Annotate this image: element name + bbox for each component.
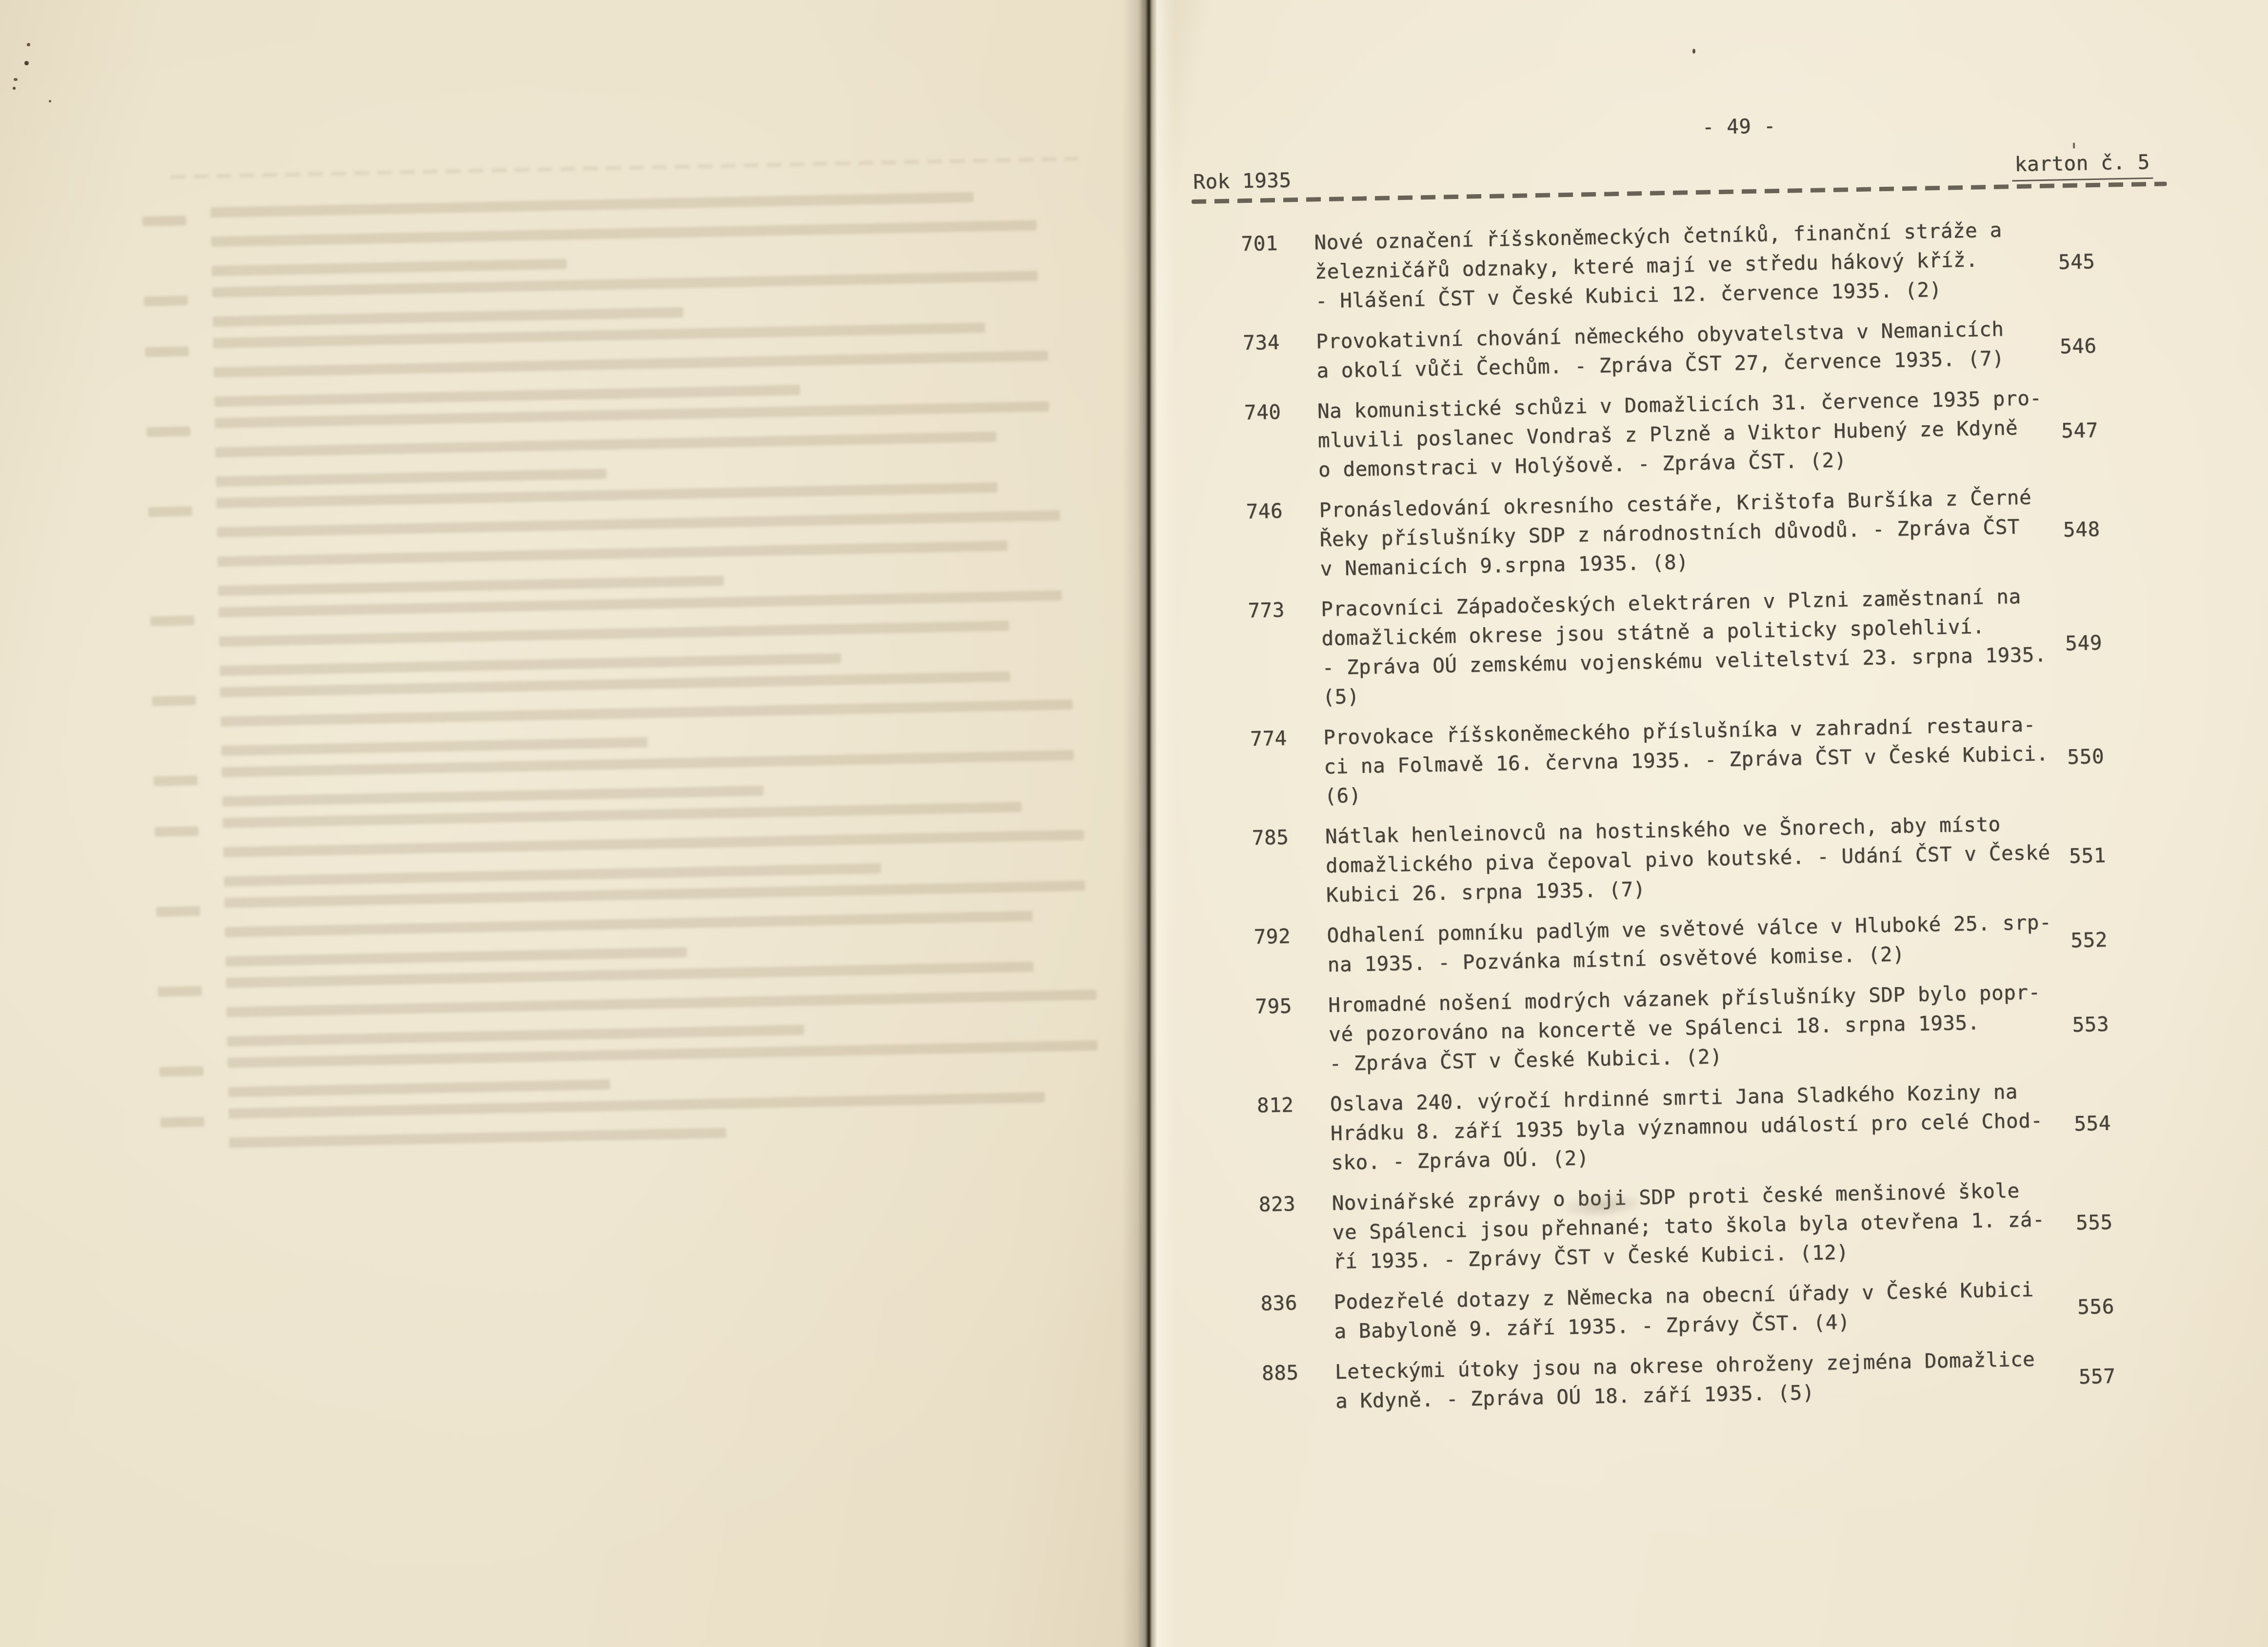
entry-carton-page-ref: 554: [2074, 1107, 2185, 1138]
entry-description: Podezřelé dotazy z Německa na obecní úřa…: [1333, 1274, 2066, 1346]
bleed-through-number: [156, 906, 200, 917]
entry-carton-page-ref: 549: [2065, 627, 2176, 658]
bleed-through-line: [227, 1040, 1097, 1068]
entry-list: 701 Nové označení říšskoněmeckých četník…: [1192, 212, 2189, 1418]
inventory-entry: 746 Pronásledování okresního cestáře, Kr…: [1197, 480, 2174, 586]
entry-description: Nátlak henleinovců na hostinského ve Šno…: [1325, 809, 2058, 910]
paper-speck: [13, 87, 16, 90]
bleed-through-text-block: [148, 480, 1106, 597]
entry-carton-page-ref: 551: [2069, 839, 2180, 871]
left-page: [0, 0, 1141, 1647]
bleed-through-line: [219, 620, 1009, 647]
bleed-through-line: [224, 880, 1085, 908]
entry-number: 740: [1244, 397, 1318, 486]
inventory-entry: 740 Na komunistické schůzi v Domažlicích…: [1195, 381, 2172, 487]
inventory-entry: 774 Provokace říšskoněmeckého příslušník…: [1201, 707, 2178, 813]
bleed-through-line: [227, 1025, 804, 1047]
bleed-through-line: [218, 575, 724, 596]
inventory-entry: 773 Pracovníci Západočeských elektráren …: [1199, 579, 2176, 714]
bleed-through-line: [219, 590, 1062, 617]
bleed-through-line: [212, 271, 1038, 298]
bleed-through-line: [213, 322, 985, 348]
inventory-entry: 795 Hromadné nošení modrých vázanek přís…: [1206, 975, 2183, 1081]
entry-carton-page-ref: 557: [2078, 1360, 2189, 1391]
entry-number: 785: [1252, 822, 1326, 911]
bleed-through-text-block: [160, 1091, 1116, 1149]
entry-carton-page-ref: 553: [2072, 1008, 2183, 1039]
bleed-through-line: [226, 962, 1034, 988]
bleed-through-line: [216, 482, 997, 508]
bleed-through-line: [226, 990, 1096, 1017]
entry-description: Pracovníci Západočeských elektráren v Pl…: [1321, 581, 2054, 712]
paper-speck: [1692, 49, 1695, 54]
inventory-entry: 792 Odhalení pomníku padlým ve světové v…: [1205, 905, 2181, 982]
bleed-through-number: [148, 506, 192, 517]
bleed-through-line: [211, 220, 1037, 247]
page-number: - 49 -: [1251, 103, 2227, 150]
entry-number: 812: [1256, 1090, 1331, 1179]
bleed-through-line: [228, 1079, 610, 1097]
entry-description: Odhalení pomníku padlým ve světové válce…: [1327, 908, 2059, 979]
bleed-through-number: [144, 296, 188, 306]
bleed-through-number: [158, 986, 201, 997]
bleed-through-text-block: [153, 749, 1110, 808]
bleed-through-line: [229, 1128, 726, 1148]
entry-carton-page-ref: 546: [2060, 330, 2170, 361]
entry-number: 823: [1258, 1189, 1333, 1278]
bleed-through-line: [221, 750, 1074, 777]
inventory-entry: 734 Provokativní chování německého obyva…: [1194, 311, 2170, 388]
entry-carton-page-ref: 548: [2063, 513, 2174, 544]
entry-description: Oslava 240. výročí hrdinné smrti Jana Sl…: [1330, 1076, 2063, 1177]
entry-number: 701: [1241, 228, 1315, 317]
entry-carton-page-ref: 547: [2061, 414, 2172, 445]
bleed-through-content: [141, 157, 1117, 1161]
bleed-through-number: [160, 1117, 204, 1128]
book-gutter: [1122, 0, 1175, 1647]
page-content: - 49 - Rok 1935 karton č. 5 701 Nové ozn…: [1190, 104, 2189, 1429]
entry-number: 773: [1248, 595, 1323, 713]
entry-description: Provokace říšskoněmeckého příslušníka v …: [1323, 710, 2056, 811]
bleed-through-line: [219, 653, 841, 676]
bleed-through-line: [215, 401, 1049, 428]
bleed-through-line: [220, 671, 1010, 697]
entry-description: Hromadné nošení modrých vázanek příslušn…: [1328, 977, 2061, 1078]
entry-description: Na komunistické schůzi v Domažlicích 31.…: [1317, 383, 2050, 484]
bleed-through-number: [155, 826, 199, 837]
bleed-through-text-block: [150, 589, 1107, 677]
bleed-through-line: [225, 911, 1033, 937]
right-page: - 49 - Rok 1935 karton č. 5 701 Nové ozn…: [1141, 0, 2268, 1647]
entry-carton-page-ref: 552: [2070, 924, 2181, 955]
entry-number: 885: [1261, 1357, 1335, 1417]
bleed-through-line: [228, 1092, 1045, 1119]
bleed-through-line: [224, 863, 881, 887]
bleed-through-number: [152, 695, 196, 706]
entry-description: Provokativní chování německého obyvatels…: [1316, 314, 2049, 385]
entry-carton-page-ref: 555: [2076, 1206, 2187, 1237]
bleed-through-rule: [171, 157, 1078, 179]
bleed-through-text-block: [159, 1040, 1115, 1098]
paper-speck: [24, 61, 29, 65]
carton-label: karton č. 5: [2011, 147, 2153, 181]
entry-description: Nové označení říšskoněmeckých četníků, f…: [1314, 215, 2047, 316]
bleed-through-number: [142, 216, 186, 226]
inventory-entry: 836 Podezřelé dotazy z Německa na obecní…: [1212, 1272, 2188, 1349]
bleed-through-text-block: [156, 880, 1113, 968]
bleed-through-text-block: [144, 270, 1100, 328]
bleed-through-line: [215, 432, 996, 457]
entry-number: 774: [1250, 723, 1325, 812]
bleed-through-text-block: [142, 190, 1099, 278]
bleed-through-number: [145, 346, 189, 357]
inventory-entry: 885 Leteckými útoky jsou na okrese ohrož…: [1213, 1342, 2189, 1418]
bleed-through-line: [217, 510, 1060, 537]
bleed-through-line: [225, 947, 687, 967]
bleed-through-line: [212, 259, 567, 277]
bleed-through-line: [214, 351, 1048, 377]
bleed-through-line: [210, 192, 974, 218]
inventory-entry: 701 Nové označení říšskoněmeckých četník…: [1192, 212, 2169, 318]
bleed-through-number: [159, 1066, 203, 1077]
entry-description: Novinářské zprávy o boji SDP proti české…: [1332, 1175, 2065, 1276]
book-scan: - 49 - Rok 1935 karton č. 5 701 Nové ozn…: [0, 0, 2268, 1647]
paper-speck: [49, 100, 51, 102]
bleed-through-line: [222, 786, 764, 807]
entry-number: 792: [1253, 921, 1328, 981]
entry-number: 746: [1246, 496, 1320, 585]
bleed-through-line: [222, 802, 1021, 828]
bleed-through-line: [213, 307, 683, 327]
entry-carton-page-ref: 545: [2058, 245, 2169, 277]
bleed-through-number: [146, 426, 190, 437]
year-label: Rok 1935: [1193, 165, 1292, 197]
entry-description: Pronásledování okresního cestáře, Krišto…: [1319, 482, 2052, 583]
bleed-through-text-block: [154, 800, 1111, 888]
bleed-through-text-block: [146, 400, 1103, 488]
inventory-entry: 823 Novinářské zprávy o boji SDP proti č…: [1210, 1173, 2187, 1279]
bleed-through-number: [150, 615, 194, 626]
bleed-through-line: [223, 830, 1084, 857]
entry-carton-page-ref: 556: [2077, 1290, 2188, 1322]
entry-number: 795: [1255, 991, 1330, 1080]
bleed-through-line: [216, 469, 606, 487]
bleed-through-line: [220, 699, 1073, 727]
page-header: Rok 1935 karton č. 5: [1191, 147, 2167, 197]
entry-description: Leteckými útoky jsou na okrese ohroženy …: [1334, 1344, 2067, 1416]
bleed-through-text-block: [145, 320, 1102, 408]
entry-carton-page-ref: 550: [2067, 740, 2178, 772]
inventory-entry: 785 Nátlak henleinovců na hostinského ve…: [1203, 806, 2180, 912]
bleed-through-line: [221, 737, 647, 756]
bleed-through-text-block: [152, 669, 1109, 757]
bleed-through-line: [218, 541, 1008, 567]
bleed-through-number: [154, 775, 198, 786]
inventory-entry: 812 Oslava 240. výročí hrdinné smrti Jan…: [1208, 1074, 2185, 1180]
entry-number: 734: [1243, 327, 1317, 387]
bleed-through-line: [214, 385, 800, 407]
entry-number: 836: [1260, 1288, 1334, 1348]
paper-speck: [27, 43, 30, 46]
bleed-through-text-block: [158, 960, 1114, 1048]
paper-speck: [14, 78, 18, 81]
